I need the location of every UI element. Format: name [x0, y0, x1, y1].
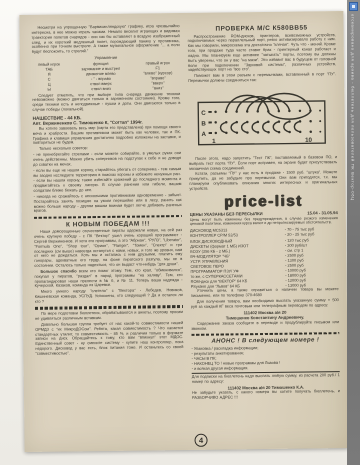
right-column: ПРОВЕРКА М/С К580ВВ55 Распространение RO…	[187, 22, 340, 402]
magazine-page: Несмотря на упрощенную "Барвихинляндскую…	[19, 11, 348, 452]
game-review-note: Следует отметить, что при выборе типа сн…	[32, 92, 180, 113]
section-divider	[34, 215, 182, 219]
check-paragraph-4: Кстати, разъемы "ПУ" у нас есть в продаж…	[189, 171, 337, 192]
order-instructions: Для получения товара, вам необходимо выс…	[191, 298, 339, 309]
misc-paragraph-2: Довольно большая группа требует от нас к…	[35, 321, 183, 357]
row-label-a: A	[201, 131, 206, 138]
subscribe-note: Не забудьте указать, с какого номера вы …	[192, 389, 340, 400]
invasion-paragraph: Вы хотите завоевать весь мир (карта его …	[33, 125, 181, 146]
price-list-title: price-list	[190, 192, 338, 211]
tip-item: - не пренебрегайте стрелами - если может…	[33, 151, 181, 167]
jumper-wires	[220, 93, 311, 133]
viewer-side-strip: отсканировано для архива - бюллетень для…	[347, 0, 360, 465]
page-columns: Несмотря на упрощенную "Барвихинляндскую…	[19, 11, 348, 410]
photo-thumbnail-icon	[349, 2, 358, 11]
victories-thanks: Большое спасибо всем кто помог этому. Те…	[34, 268, 182, 289]
connector-jumper-schematic: C B A 1 10	[192, 84, 333, 150]
controls-key: Ы	[32, 86, 66, 91]
controls-right-key: "вниз"	[136, 85, 180, 91]
scan-background: Несмотря на упрощенную "Барвихинляндскую…	[0, 0, 360, 465]
check-paragraph-1: Распространение ROM-дисков, принтеров, в…	[188, 33, 336, 74]
pin-number-last: 10	[305, 137, 313, 144]
tip-item: - никогда не сражайтесь с несколькими пр…	[34, 193, 182, 214]
price-list-disclaimer: Цены могут быть изменены без предупрежде…	[190, 216, 338, 227]
page-number-badge: 4	[194, 434, 207, 447]
jumper-diagram: C B A 1 10	[192, 84, 333, 155]
price-list-period: 15.04 - 31.05.94	[307, 210, 338, 215]
left-column: Несмотря на упрощенную "Барвихинляндскую…	[31, 24, 184, 404]
subscribe-paragraph: Для подписки на бюллетень надо выслать л…	[192, 373, 340, 384]
row-label-b: B	[201, 120, 206, 127]
section-divider	[191, 332, 339, 336]
controls-table: левый игрок функция правый игрок ТАБ зар…	[32, 60, 180, 92]
controls-func: ствол вниз	[66, 86, 136, 92]
pin-number-first: 1	[212, 138, 216, 145]
check-paragraph-2: Поможет вам в этом разъем с перемычками,…	[188, 72, 336, 83]
order-confirm-note: Содержание заказа сообщите в переводе и …	[191, 320, 339, 331]
watermark-text: отсканировано для архива - бюллетень для…	[347, 14, 356, 414]
tip-item: - если вы нашли корону, также избегайте …	[33, 177, 181, 193]
row-label-c: C	[201, 110, 206, 117]
game-review-intro: Несмотря на упрощенную "Барвихинляндскую…	[31, 24, 179, 55]
page-number: 4	[199, 436, 203, 445]
victories-paragraph-2: Много умного народу "слетело" с "Вектора…	[35, 288, 183, 304]
victories-paragraph: Наши доморощенные отечественные пираты о…	[34, 228, 182, 269]
